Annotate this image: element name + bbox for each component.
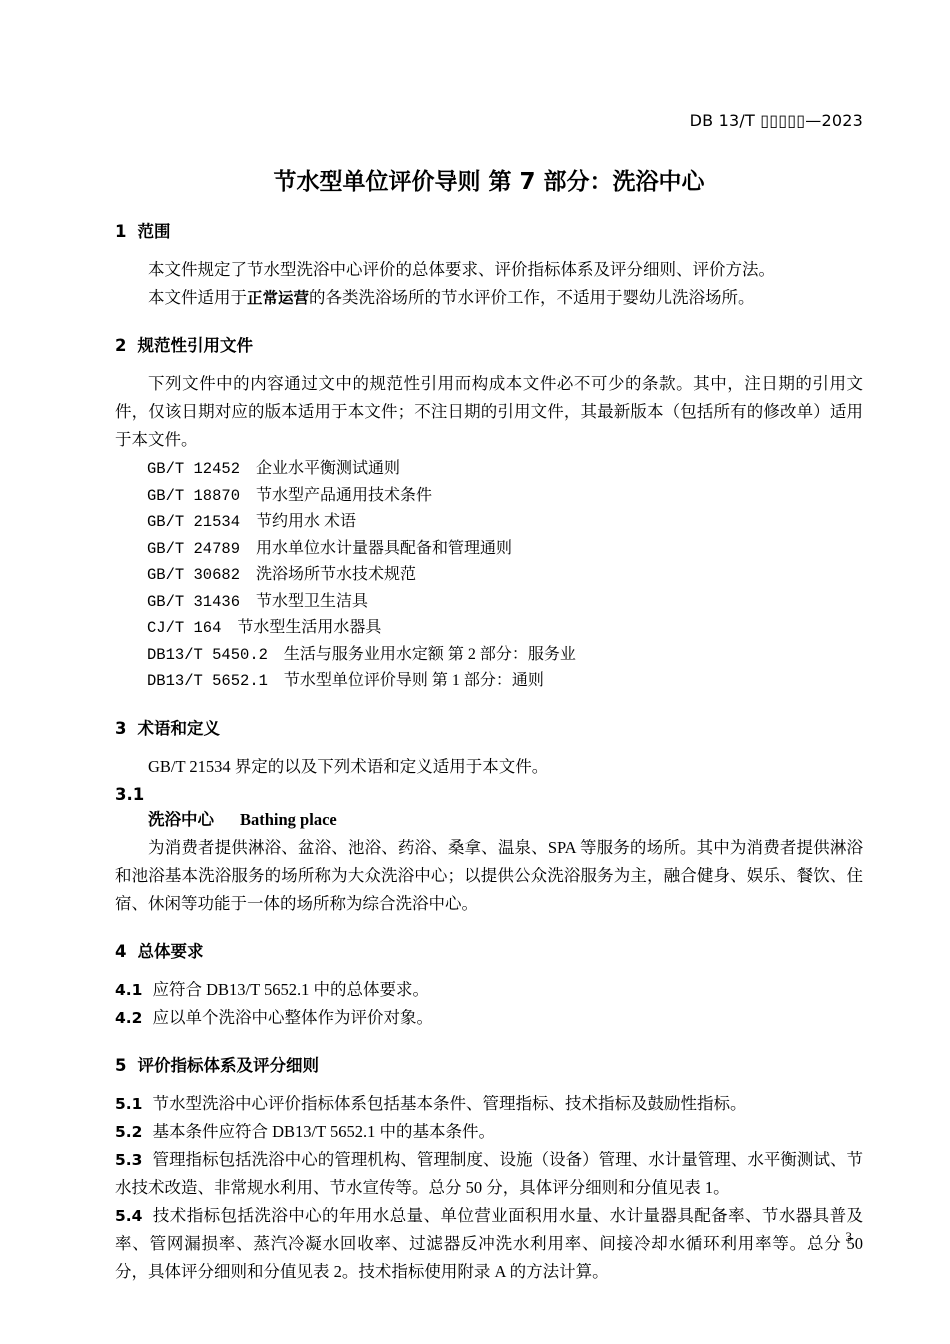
term-number: 3.1 [115,783,863,807]
section-1-title: 范围 [137,222,170,241]
reference-title: 节水型生活用水器具 [237,619,381,636]
clause-text: 应以单个洗浴中心整体作为评价对象。 [152,1008,433,1027]
clause-5-3: 5.3管理指标包括洗浴中心的管理机构、管理制度、设施（设备）管理、水计量管理、水… [115,1146,863,1202]
reference-title: 节约用水 术语 [256,513,356,530]
section-3-title: 术语和定义 [137,719,220,738]
section-2-heading: 2规范性引用文件 [115,334,863,358]
reference-code: GB/T 31436 [147,593,240,611]
standard-number-header: DB 13/T ▯▯▯▯▯—2023 [115,110,863,132]
document-title: 节水型单位评价导则 第 7 部分：洗浴中心 [115,166,863,198]
clause-text: 节水型洗浴中心评价指标体系包括基本条件、管理指标、技术指标及鼓励性指标。 [152,1094,746,1113]
reference-title: 用水单位水计量器具配备和管理通则 [256,540,512,557]
reference-item: GB/T 24789用水单位水计量器具配备和管理通则 [115,536,863,563]
scope-p2-prefix: 本文件适用于 [148,288,247,307]
term-line: 洗浴中心Bathing place [115,807,863,833]
term-definition: 为消费者提供淋浴、盆浴、池浴、药浴、桑拿、温泉、SPA 等服务的场所。其中为消费… [115,834,863,918]
section-5-title: 评价指标体系及评分细则 [137,1056,319,1075]
clause-4-2: 4.2应以单个洗浴中心整体作为评价对象。 [115,1004,863,1032]
clause-number: 5.4 [115,1207,142,1225]
reference-code: GB/T 18870 [147,487,240,505]
reference-item: CJ/T 164节水型生活用水器具 [115,615,863,642]
section-5-number: 5 [115,1056,126,1075]
scope-p2-emphasis: 正常运营 [247,289,309,307]
reference-item: DB13/T 5652.1节水型单位评价导则 第 1 部分：通则 [115,668,863,695]
section-2-number: 2 [115,336,126,355]
terms-intro: GB/T 21534 界定的以及下列术语和定义适用于本文件。 [115,753,863,781]
page-number: 3 [846,1228,853,1246]
section-4-title: 总体要求 [137,942,203,961]
reference-title: 企业水平衡测试通则 [256,460,400,477]
reference-title: 洗浴场所节水技术规范 [256,566,416,583]
reference-code: DB13/T 5450.2 [147,646,268,664]
reference-code: GB/T 24789 [147,540,240,558]
reference-item: GB/T 12452企业水平衡测试通则 [115,456,863,483]
clause-4-1: 4.1应符合 DB13/T 5652.1 中的总体要求。 [115,976,863,1004]
clause-text: 管理指标包括洗浴中心的管理机构、管理制度、设施（设备）管理、水计量管理、水平衡测… [115,1150,863,1197]
scope-paragraph-2: 本文件适用于正常运营的各类洗浴场所的节水评价工作，不适用于婴幼儿洗浴场所。 [115,284,863,312]
clause-number: 5.2 [115,1123,142,1141]
reference-title: 节水型单位评价导则 第 1 部分：通则 [284,672,544,689]
term-chinese: 洗浴中心 [148,810,214,829]
reference-code: DB13/T 5652.1 [147,672,268,690]
section-5-heading: 5评价指标体系及评分细则 [115,1054,863,1078]
document-content: DB 13/T ▯▯▯▯▯—2023 节水型单位评价导则 第 7 部分：洗浴中心… [115,0,863,1286]
clause-5-2: 5.2基本条件应符合 DB13/T 5652.1 中的基本条件。 [115,1118,863,1146]
reference-code: GB/T 12452 [147,460,240,478]
reference-list: GB/T 12452企业水平衡测试通则 GB/T 18870节水型产品通用技术条… [115,456,863,695]
section-3-number: 3 [115,719,126,738]
scope-paragraph-1: 本文件规定了节水型洗浴中心评价的总体要求、评价指标体系及评分细则、评价方法。 [115,256,863,284]
reference-item: GB/T 31436节水型卫生洁具 [115,589,863,616]
reference-code: GB/T 21534 [147,513,240,531]
section-1-number: 1 [115,222,126,241]
clause-5-4: 5.4技术指标包括洗浴中心的年用水总量、单位营业面积用水量、水计量器具配备率、节… [115,1202,863,1286]
clause-5-1: 5.1节水型洗浴中心评价指标体系包括基本条件、管理指标、技术指标及鼓励性指标。 [115,1090,863,1118]
reference-code: CJ/T 164 [147,619,221,637]
clause-text: 技术指标包括洗浴中心的年用水总量、单位营业面积用水量、水计量器具配备率、节水器具… [115,1206,863,1281]
reference-title: 节水型卫生洁具 [256,593,368,610]
reference-title: 节水型产品通用技术条件 [256,487,432,504]
scope-p2-suffix: 的各类洗浴场所的节水评价工作，不适用于婴幼儿洗浴场所。 [309,288,755,307]
document-page: DB 13/T ▯▯▯▯▯—2023 节水型单位评价导则 第 7 部分：洗浴中心… [0,0,950,1344]
section-4-number: 4 [115,942,126,961]
section-2-title: 规范性引用文件 [137,336,253,355]
clause-text: 应符合 DB13/T 5652.1 中的总体要求。 [152,980,429,999]
clause-number: 4.2 [115,1009,142,1027]
reference-item: GB/T 18870节水型产品通用技术条件 [115,483,863,510]
normative-refs-intro: 下列文件中的内容通过文中的规范性引用而构成本文件必不可少的条款。其中，注日期的引… [115,370,863,454]
clause-number: 5.1 [115,1095,142,1113]
reference-title: 生活与服务业用水定额 第 2 部分：服务业 [284,646,576,663]
section-3-heading: 3术语和定义 [115,717,863,741]
term-english: Bathing place [240,810,337,829]
section-4-heading: 4总体要求 [115,940,863,964]
clause-number: 5.3 [115,1151,142,1169]
reference-code: GB/T 30682 [147,566,240,584]
clause-text: 基本条件应符合 DB13/T 5652.1 中的基本条件。 [152,1122,495,1141]
clause-number: 4.1 [115,981,142,999]
reference-item: GB/T 30682洗浴场所节水技术规范 [115,562,863,589]
section-1-heading: 1范围 [115,220,863,244]
reference-item: DB13/T 5450.2生活与服务业用水定额 第 2 部分：服务业 [115,642,863,669]
reference-item: GB/T 21534节约用水 术语 [115,509,863,536]
